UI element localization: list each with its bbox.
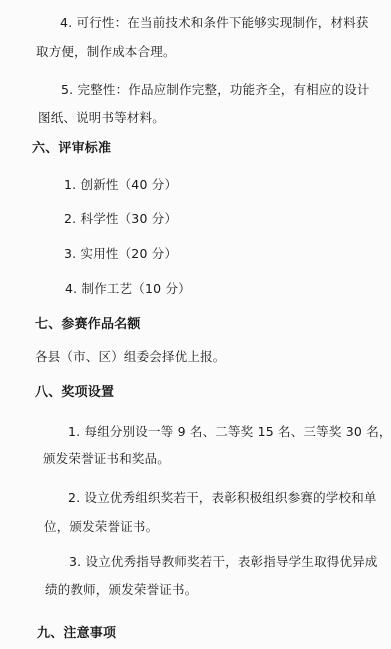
- award-item-1-line-2: 颁发荣誉证书和奖品。: [43, 451, 170, 467]
- completeness-line-1: 5. 完整性：作品应制作完整，功能齐全，有相应的设计: [61, 82, 370, 98]
- award-item-3-line-1: 3. 设立优秀指导教师奖若干，表彰指导学生取得优异成: [69, 554, 378, 570]
- completeness-line-2: 图纸、说明书等材料。: [38, 110, 165, 126]
- criteria-item: 2. 科学性（30 分）: [64, 211, 177, 227]
- section-8-heading: 八、奖项设置: [35, 385, 114, 401]
- award-item-2-line-1: 2. 设立优秀组织奖若干，表彰积极组织参赛的学校和单: [68, 490, 377, 506]
- feasibility-line-1: 4. 可行性：在当前技术和条件下能够实现制作，材料获: [60, 15, 369, 31]
- award-item-1-line-1: 1. 每组分别设一等 9 名、二等奖 15 名、三等奖 30 名，: [68, 424, 391, 440]
- criteria-item: 1. 创新性（40 分）: [64, 177, 177, 193]
- feasibility-line-2: 取方便，制作成本合理。: [36, 44, 176, 60]
- award-item-2-line-2: 位，颁发荣誉证书。: [44, 519, 158, 535]
- award-item-3-line-2: 绩的教师，颁发荣誉证书。: [45, 582, 197, 598]
- section-9-heading: 九、注意事项: [37, 626, 116, 642]
- criteria-item: 3. 实用性（20 分）: [64, 246, 177, 262]
- criteria-item: 4. 制作工艺（10 分）: [65, 281, 191, 297]
- section-7-text: 各县（市、区）组委会择优上报。: [35, 349, 226, 365]
- section-6-heading: 六、评审标准: [32, 141, 111, 157]
- section-7-heading: 七、参赛作品名额: [35, 317, 141, 333]
